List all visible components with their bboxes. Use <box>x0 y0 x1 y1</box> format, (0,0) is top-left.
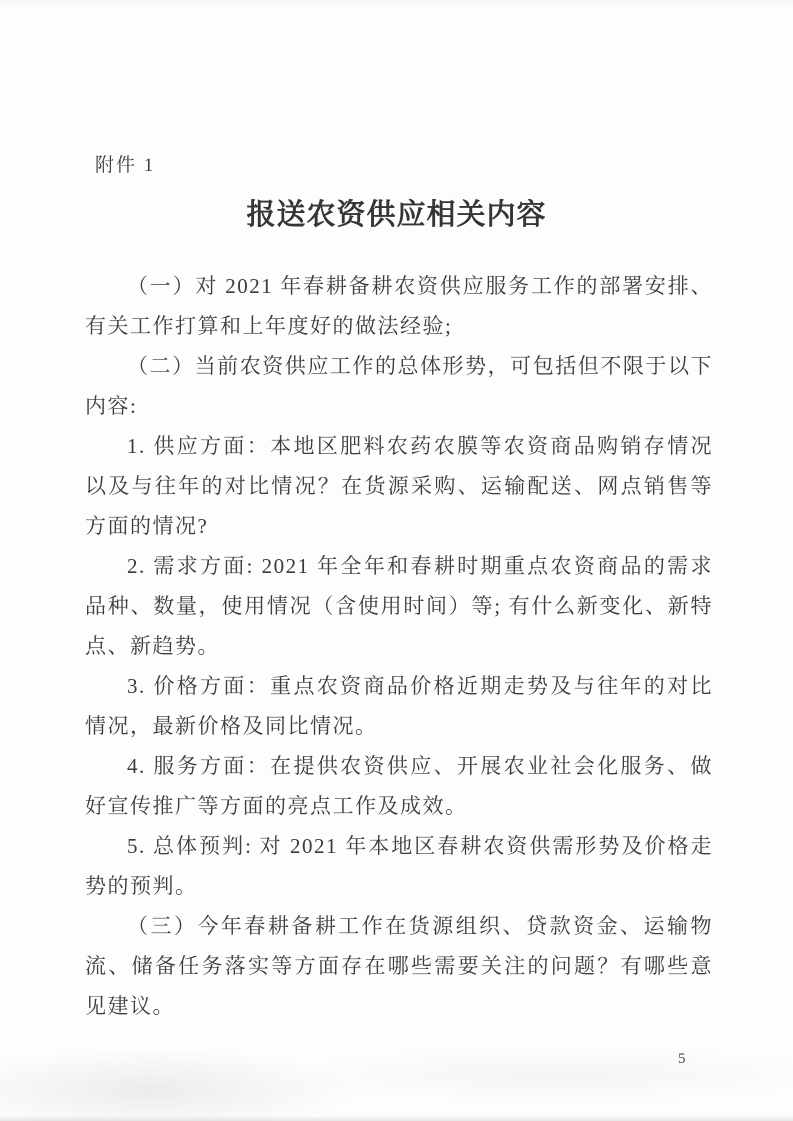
page-number: 5 <box>678 1051 686 1068</box>
paragraph-item-1: （一）对 2021 年春耕备耕农资供应服务工作的部署安排、有关工作打算和上年度好… <box>85 266 713 346</box>
paragraph-service: 4. 服务方面：在提供农资供应、开展农业社会化服务、做好宣传推广等方面的亮点工作… <box>85 746 713 826</box>
paragraph-price: 3. 价格方面：重点农资商品价格近期走势及与往年的对比情况，最新价格及同比情况。 <box>85 666 713 746</box>
paragraph-item-2: （二）当前农资供应工作的总体形势，可包括但不限于以下内容: <box>85 346 713 426</box>
paragraph-supply: 1. 供应方面：本地区肥料农药农膜等农资商品购销存情况以及与往年的对比情况？在货… <box>85 426 713 546</box>
paragraph-item-3: （三）今年春耕备耕工作在货源组织、贷款资金、运输物流、储备任务落实等方面存在哪些… <box>85 906 713 1026</box>
document-title: 报送农资供应相关内容 <box>0 192 793 233</box>
document-body: （一）对 2021 年春耕备耕农资供应服务工作的部署安排、有关工作打算和上年度好… <box>85 266 713 1026</box>
paragraph-demand: 2. 需求方面: 2021 年全年和春耕时期重点农资商品的需求品种、数量，使用情… <box>85 546 713 666</box>
attachment-label: 附件 1 <box>95 150 155 177</box>
paragraph-forecast: 5. 总体预判: 对 2021 年本地区春耕农资供需形势及价格走势的预判。 <box>85 826 713 906</box>
document-page: 附件 1 报送农资供应相关内容 （一）对 2021 年春耕备耕农资供应服务工作的… <box>0 0 793 1121</box>
